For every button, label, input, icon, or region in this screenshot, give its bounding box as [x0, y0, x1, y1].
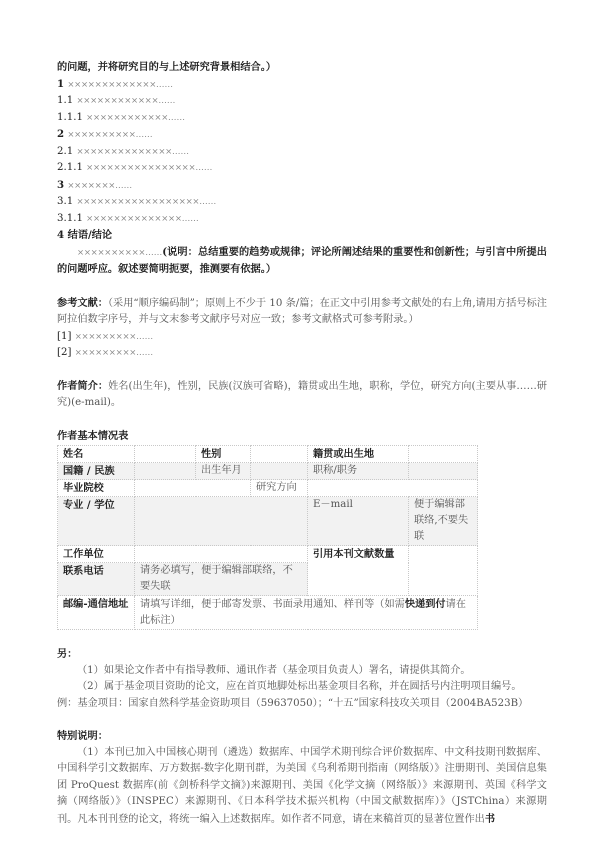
intro-tail: 的问题，并将研究目的与上述研究背景相结合。）	[57, 59, 547, 76]
school-label: 毕业院校	[58, 480, 135, 497]
reference-number: [2]	[57, 347, 71, 358]
reference-item: [1] ×××××××××……	[57, 329, 547, 346]
birth-field[interactable]	[251, 463, 308, 480]
outline-number: 2.1.1	[57, 162, 83, 173]
hometown-field[interactable]	[409, 446, 478, 463]
hometown-label: 籍贯或出生地	[308, 446, 409, 463]
phone-label: 联系电话	[58, 563, 135, 596]
outline-placeholder: ×××××××	[67, 181, 115, 191]
address-field[interactable]: 请填写详细，便于邮寄发票、书面录用通知、样刊等（如需快递到付请在此标注）	[135, 596, 478, 630]
author-intro-label: 作者简介：	[57, 380, 108, 392]
table-row: 毕业院校 研究方向	[58, 480, 478, 497]
reference-item: [2] ×××××××××……	[57, 345, 547, 362]
fund-example: 例：基金项目：国家自然科学基金资助项目（59637050）；“十五”国家科技攻关…	[57, 696, 547, 713]
additional-label: 另：	[57, 646, 547, 663]
gender-label: 性别	[196, 446, 251, 463]
references-label: 参考文献：	[57, 297, 108, 309]
outline-item: 1 ×××××××××××××……	[57, 76, 547, 94]
birth-label: 出生年月	[196, 463, 251, 480]
outline-item: 2 ××××××××××……	[57, 126, 547, 144]
outline-number: 3	[57, 179, 64, 191]
nationality-label: 国籍 / 民族	[58, 463, 135, 480]
outline-placeholder: ××××××××××	[67, 130, 135, 140]
nationality-field[interactable]	[135, 463, 196, 480]
table-row: 工作单位 引用本刊文献数量	[58, 546, 478, 563]
address-label: 邮编-通信地址	[58, 596, 135, 630]
name-label: 姓名	[58, 446, 135, 463]
phone-field[interactable]: 请务必填写，便于编辑部联络，不要失联	[135, 563, 308, 596]
document-page: 的问题，并将研究目的与上述研究背景相结合。） 1 ×××××××××××××………	[57, 0, 547, 828]
outline-number: 3.1.1	[57, 213, 83, 224]
table-row: 姓名 性别 籍贯或出生地	[58, 446, 478, 463]
outline-placeholder: ××××××××××××	[76, 96, 158, 106]
reference-placeholder: ×××××××××	[75, 348, 136, 358]
special-label: 特别说明：	[57, 728, 547, 745]
outline-placeholder: ××××××××××××	[86, 113, 168, 123]
author-intro: 作者简介：姓名(出生年)，性别，民族(汉族可省略)，籍贯或出生地，职称，学位，研…	[57, 378, 547, 412]
author-table-title: 作者基本情况表	[57, 428, 547, 445]
conclusion-placeholder: ××××××××××	[77, 248, 145, 258]
outline-item: 3.1.1 ××××××××××××××……	[57, 211, 547, 228]
name-field[interactable]	[135, 446, 196, 463]
school-field[interactable]	[135, 480, 251, 497]
outline-item: 2.1 ××××××××××××××……	[57, 144, 547, 161]
table-row: 国籍 / 民族 出生年月 职称/职务	[58, 463, 478, 480]
outline-number: 3.1	[57, 196, 73, 207]
outline-item: 1.1 ××××××××××××……	[57, 93, 547, 110]
outline-number: 2	[57, 128, 64, 140]
outline-item: 1.1.1 ××××××××××××……	[57, 110, 547, 127]
author-info-table: 姓名 性别 籍贯或出生地 国籍 / 民族 出生年月 职称/职务 毕业院校 研究方…	[57, 445, 478, 630]
work-label: 工作单位	[58, 546, 135, 563]
outline-list: 1 ×××××××××××××……1.1 ××××××××××××……1.1.1…	[57, 76, 547, 228]
major-field[interactable]	[135, 497, 308, 546]
outline-placeholder: ××××××××××××××××××	[76, 197, 199, 207]
special-body: （1）本刊已加入中国核心期刊（遴选）数据库、中国学术期刊综合评价数据库、中文科技…	[57, 745, 547, 829]
work-field[interactable]	[135, 546, 308, 563]
references-desc: 参考文献：（采用“顺序编码制”；原则上不少于 10 条/篇；在正文中引用参考文献…	[57, 295, 547, 329]
outline-placeholder: ×××××××××××××	[67, 80, 156, 90]
outline-placeholder: ××××××××××××××	[86, 214, 182, 224]
outline-number: 1.1.1	[57, 112, 83, 123]
reference-placeholder: ×××××××××	[75, 332, 136, 342]
table-row: 邮编-通信地址 请填写详细，便于邮寄发票、书面录用通知、样刊等（如需快递到付请在…	[58, 596, 478, 630]
outline-number: 2.1	[57, 146, 73, 157]
outline-placeholder: ××××××××××××××××	[86, 163, 195, 173]
cite-label: 引用本刊文献数量	[308, 546, 409, 596]
email-field[interactable]: 便于编辑部联络,不要失联	[409, 497, 478, 546]
major-label: 专业 / 学位	[58, 497, 135, 546]
outline-item: 3 ×××××××……	[57, 177, 547, 195]
table-row: 专业 / 学位 E－mail 便于编辑部联络,不要失联	[58, 497, 478, 546]
outline-placeholder: ××××××××××××××	[76, 147, 172, 157]
cite-field[interactable]	[409, 546, 478, 596]
conclusion-body: ××××××××××……(说明：总结重要的趋势或规律；评论所阐述结果的重要性和创…	[57, 244, 547, 279]
title-field[interactable]	[409, 463, 478, 480]
reference-number: [1]	[57, 331, 71, 342]
research-field[interactable]	[308, 480, 478, 497]
reference-list: [1] ×××××××××……[2] ×××××××××……	[57, 329, 547, 362]
conclusion-heading: 4 结语/结论	[57, 227, 547, 244]
research-label: 研究方向	[251, 480, 308, 497]
additional-item-2: （2）属于基金项目资助的论文，应在首页地脚处标出基金项目名称，并在圆括号内注明项…	[57, 679, 547, 696]
email-label: E－mail	[308, 497, 409, 546]
outline-item: 2.1.1 ××××××××××××××××……	[57, 160, 547, 177]
title-label: 职称/职务	[308, 463, 409, 480]
outline-number: 1.1	[57, 95, 73, 106]
additional-item-1: （1）如果论文作者中有指导教师、通讯作者（基金项目负责人）署名，请提供其简介。	[57, 663, 547, 680]
outline-number: 1	[57, 78, 64, 90]
gender-field[interactable]	[251, 446, 308, 463]
outline-item: 3.1 ××××××××××××××××××……	[57, 194, 547, 211]
